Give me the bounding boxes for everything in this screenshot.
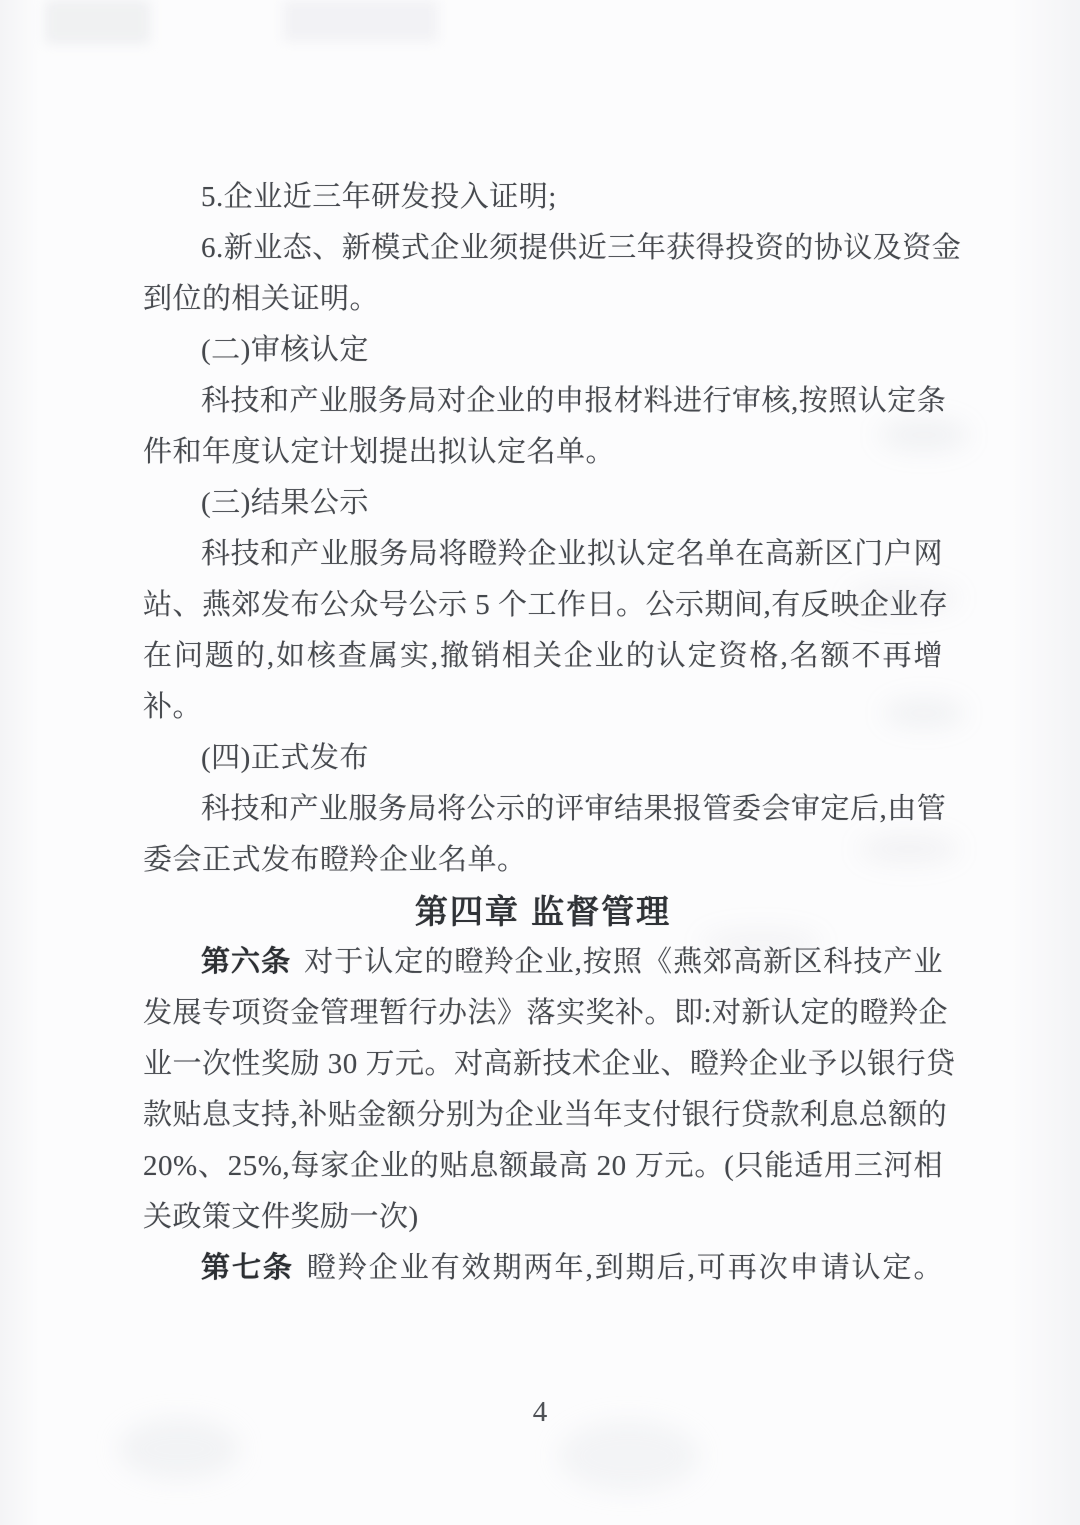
- scan-artifact: [283, 0, 438, 42]
- text-line: 发展专项资金管理暂行办法》落实奖补。即:对新认定的瞪羚企: [143, 988, 943, 1039]
- scan-artifact: [0, 0, 40, 1525]
- text-line: 科技和产业服务局将瞪羚企业拟认定名单在高新区门户网: [143, 529, 943, 580]
- document-body: 5.企业近三年研发投入证明;6.新业态、新模式企业须提供近三年获得投资的协议及资…: [143, 172, 943, 1294]
- text-line: 补。: [143, 682, 943, 733]
- article-number: 第七条: [201, 1252, 294, 1284]
- document-page: 5.企业近三年研发投入证明;6.新业态、新模式企业须提供近三年获得投资的协议及资…: [0, 0, 1080, 1525]
- text-line: 站、燕郊发布公众号公示 5 个工作日。公示期间,有反映企业存: [143, 580, 943, 631]
- text-line: 科技和产业服务局将公示的评审结果报管委会审定后,由管: [143, 784, 943, 835]
- text-line: 在问题的,如核查属实,撤销相关企业的认定资格,名额不再增: [143, 631, 943, 682]
- page-number: 4: [0, 1392, 1080, 1432]
- text-line: 20%、25%,每家企业的贴息额最高 20 万元。(只能适用三河相: [143, 1141, 943, 1192]
- text-line: (三)结果公示: [143, 478, 943, 529]
- chapter-heading: 第四章 监督管理: [143, 886, 943, 937]
- text-line: 科技和产业服务局对企业的申报材料进行审核,按照认定条: [143, 376, 943, 427]
- text-line: (四)正式发布: [143, 733, 943, 784]
- text-line: 业一次性奖励 30 万元。对高新技术企业、瞪羚企业予以银行贷: [143, 1039, 943, 1090]
- text-line: 5.企业近三年研发投入证明;: [143, 172, 943, 223]
- text-line: (二)审核认定: [143, 325, 943, 376]
- text-line: 件和年度认定计划提出拟认定名单。: [143, 427, 943, 478]
- text-line: 款贴息支持,补贴金额分别为企业当年支付银行贷款利息总额的: [143, 1090, 943, 1141]
- text-line: 第六条对于认定的瞪羚企业,按照《燕郊高新区科技产业: [143, 937, 943, 988]
- text-line: 第七条瞪羚企业有效期两年,到期后,可再次申请认定。: [143, 1243, 943, 1294]
- text-line: 到位的相关证明。: [143, 274, 943, 325]
- text-line: 委会正式发布瞪羚企业名单。: [143, 835, 943, 886]
- text-line: 关政策文件奖励一次): [143, 1192, 943, 1243]
- scan-artifact: [45, 0, 150, 44]
- scan-artifact: [1010, 0, 1080, 1525]
- article-number: 第六条: [201, 946, 291, 978]
- text-line: 6.新业态、新模式企业须提供近三年获得投资的协议及资金: [143, 223, 943, 274]
